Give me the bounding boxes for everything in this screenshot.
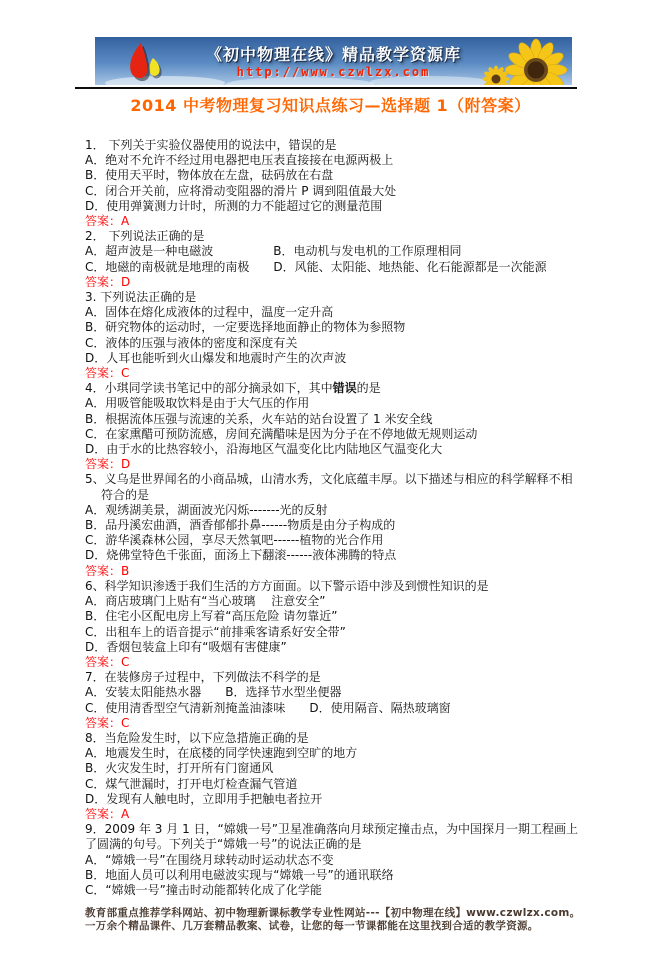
option-line: D．人耳也能听到火山爆发和地震时产生的次声波 <box>85 351 582 366</box>
site-name: 《初中物理在线》精品教学资源库 <box>95 37 572 65</box>
question-block: 6、科学知识渗透于我们生活的方方面面。以下警示语中涉及到惯性知识的是A．商店玻璃… <box>85 579 582 670</box>
option-line: A．地震发生时，在底楼的同学快速跑到空旷的地方 <box>85 746 582 761</box>
option-line: D．发现有人触电时，立即用手把触电者拉开 <box>85 792 582 807</box>
option-line: B．研究物体的运动时，一定要选择地面静止的物体为参照物 <box>85 320 582 335</box>
option-line: A．“嫦娥一号”在围绕月球转动时运动状态不变 <box>85 853 582 868</box>
page-title: 2014 中考物理复习知识点练习—选择题 1（附答案） <box>0 93 661 116</box>
document-page: 《初中物理在线》精品教学资源库 http://www.czwlzx.com 20… <box>0 0 661 963</box>
footer-note: 教育部重点推荐学科网站、初中物理新课标教学专业性网站---【初中物理在线】www… <box>85 907 582 933</box>
question-block: 3. 下列说法正确的是A．固体在熔化成液体的过程中，温度一定升高B．研究物体的运… <box>85 290 582 381</box>
option-line: A．固体在熔化成液体的过程中，温度一定升高 <box>85 305 582 320</box>
question-block: 7．在装修房子过程中，下列做法不科学的是A．安装太阳能热水器 B．选择节水型坐便… <box>85 670 582 731</box>
option-line: A．观绣湖美景，湖面波光闪烁-------光的反射 <box>85 503 582 518</box>
answer-line: 答案：A <box>85 807 582 822</box>
option-line: D．香烟包装盒上印有“吸烟有害健康” <box>85 640 582 655</box>
option-line: B．住宅小区配电房上写着“高压危险 请勿靠近” <box>85 609 582 624</box>
option-line: C．闭合开关前，应将滑动变阻器的滑片 P 调到阻值最大处 <box>85 184 582 199</box>
option-line: B．使用天平时，物体放在左盘，砝码放在右盘 <box>85 168 582 183</box>
option-line: C．使用清香型空气清新剂掩盖油漆味 D．使用隔音、隔热玻璃窗 <box>85 701 582 716</box>
question-block: 1． 下列关于实验仪器使用的说法中，错误的是A．绝对不允许不经过用电器把电压表直… <box>85 138 582 229</box>
question-block: 9．2009 年 3 月 1 日，“嫦娥一号”卫星准确落向月球预定撞击点，为中国… <box>85 822 582 898</box>
question-stem: 5、义乌是世界闻名的小商品城，山清水秀，文化底蕴丰厚。以下描述与相应的科学解释不… <box>85 472 582 487</box>
answer-line: 答案：C <box>85 716 582 731</box>
question-stem: 了圆满的句号。下列关于“嫦娥一号”的说法正确的是 <box>85 837 582 852</box>
question-block: 4．小琪同学读书笔记中的部分摘录如下，其中错误的是A．用吸管能吸取饮料是由于大气… <box>85 381 582 472</box>
question-stem: 3. 下列说法正确的是 <box>85 290 582 305</box>
question-list: 1． 下列关于实验仪器使用的说法中，错误的是A．绝对不允许不经过用电器把电压表直… <box>85 138 582 898</box>
option-line: A．绝对不允许不经过用电器把电压表直接接在电源两极上 <box>85 153 582 168</box>
question-stem: 6、科学知识渗透于我们生活的方方面面。以下警示语中涉及到惯性知识的是 <box>85 579 582 594</box>
answer-line: 答案：D <box>85 275 582 290</box>
question-stem: 4．小琪同学读书笔记中的部分摘录如下，其中错误的是 <box>85 381 582 396</box>
option-line: C．在家熏醋可预防流感，房间充满醋味是因为分子在不停地做无规则运动 <box>85 427 582 442</box>
site-banner: 《初中物理在线》精品教学资源库 http://www.czwlzx.com <box>95 37 572 85</box>
question-stem: 9．2009 年 3 月 1 日，“嫦娥一号”卫星准确落向月球预定撞击点，为中国… <box>85 822 582 837</box>
question-stem: 8．当危险发生时，以下应急措施正确的是 <box>85 731 582 746</box>
question-block: 2． 下列说法正确的是A．超声波是一种电磁波 B．电动机与发电机的工作原理相同C… <box>85 229 582 290</box>
answer-line: 答案：C <box>85 655 582 670</box>
option-line: B．根据流体压强与流速的关系，火车站的站台设置了 1 米安全线 <box>85 412 582 427</box>
option-line: A．用吸管能吸取饮料是由于大气压的作用 <box>85 396 582 411</box>
option-line: C．液体的压强与液体的密度和深度有关 <box>85 336 582 351</box>
option-line: D．烧佛堂特色千张面，面汤上下翻滚------液体沸腾的特点 <box>85 548 582 563</box>
question-stem: 7．在装修房子过程中，下列做法不科学的是 <box>85 670 582 685</box>
option-line: B．火灾发生时，打开所有门窗通风 <box>85 761 582 776</box>
question-stem: 2． 下列说法正确的是 <box>85 229 582 244</box>
option-line: D．由于水的比热容较小，沿海地区气温变化比内陆地区气温变化大 <box>85 442 582 457</box>
question-block: 8．当危险发生时，以下应急措施正确的是A．地震发生时，在底楼的同学快速跑到空旷的… <box>85 731 582 822</box>
question-stem: 符合的是 <box>85 488 582 503</box>
option-line: D．使用弹簧测力计时，所测的力不能超过它的测量范围 <box>85 199 582 214</box>
option-line: C．出租车上的语音提示“前排乘客请系好安全带” <box>85 625 582 640</box>
divider-line <box>75 87 577 89</box>
site-url-link[interactable]: http://www.czwlzx.com <box>95 65 572 79</box>
question-block: 5、义乌是世界闻名的小商品城，山清水秀，文化底蕴丰厚。以下描述与相应的科学解释不… <box>85 472 582 578</box>
option-line: C．“嫦娥一号”撞击时动能都转化成了化学能 <box>85 883 582 898</box>
option-line: B．品丹溪宏曲酒，酒香郁郁扑鼻------物质是由分子构成的 <box>85 518 582 533</box>
option-line: A．超声波是一种电磁波 B．电动机与发电机的工作原理相同 <box>85 244 582 259</box>
question-stem: 1． 下列关于实验仪器使用的说法中，错误的是 <box>85 138 582 153</box>
option-line: A．商店玻璃门上贴有“当心玻璃 注意安全” <box>85 594 582 609</box>
option-line: B．地面人员可以利用电磁波实现与“嫦娥一号”的通讯联络 <box>85 868 582 883</box>
option-line: A．安装太阳能热水器 B．选择节水型坐便器 <box>85 685 582 700</box>
answer-line: 答案：A <box>85 214 582 229</box>
option-line: C．游华溪森林公园，享尽天然氧吧------植物的光合作用 <box>85 533 582 548</box>
answer-line: 答案：D <box>85 457 582 472</box>
option-line: C．煤气泄漏时，打开电灯检查漏气管道 <box>85 777 582 792</box>
answer-line: 答案：C <box>85 366 582 381</box>
answer-line: 答案：B <box>85 564 582 579</box>
option-line: C．地磁的南极就是地理的南极 D．风能、太阳能、地热能、化石能源都是一次能源 <box>85 260 582 275</box>
